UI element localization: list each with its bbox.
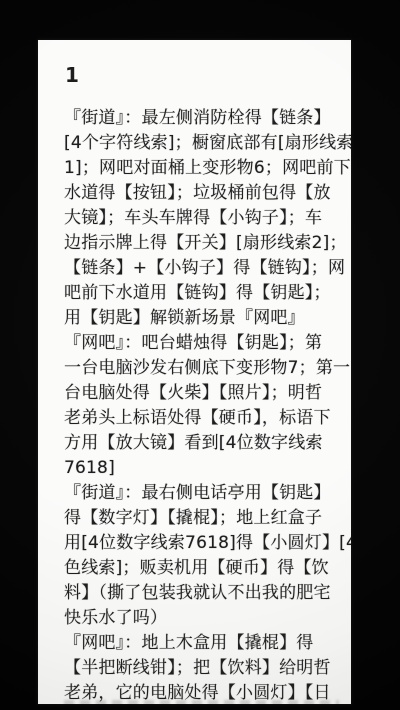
text-line: 方用【放大镜】看到[4位数字线索 (64, 431, 339, 456)
text-line: 料】（撕了包装我就认不出我的肥宅 (64, 581, 339, 606)
text-line: 水道得【按钮】；垃圾桶前包得【放 (64, 181, 339, 206)
text-line: 用[4位数字线索7618]得【小圆灯】[4 (64, 531, 339, 556)
text-line: [4个字符线索]；橱窗底部有[扇形线索 (64, 131, 339, 156)
text-line: 『街道』：最左侧消防栓得【链条】 (64, 106, 339, 131)
text-line: 台电脑处得【火柴】【照片】；明哲 (64, 381, 339, 406)
text-line: 【链条】+【小钩子】得【链钩】；网 (64, 256, 339, 281)
text-line: 1]；网吧对面桶上变形物6；网吧前下 (64, 156, 339, 181)
clipped-next-line (64, 700, 339, 704)
text-line: 『网吧』：吧台蜡烛得【钥匙】；第 (64, 331, 339, 356)
text-line: 老弟头上标语处得【硬币】，标语下 (64, 406, 339, 431)
text-line: 大镜】；车头车牌得【小钩子】；车 (64, 206, 339, 231)
text-line: 边指示牌上得【开关】[扇形线索2]； (64, 231, 339, 256)
text-line: 得【数字灯】【撬棍】；地上红盒子 (64, 506, 339, 531)
text-line: 『街道』：最右侧电话亭用【钥匙】 (64, 481, 339, 506)
document-page: 1 『街道』：最左侧消防栓得【链条】[4个字符线索]；橱窗底部有[扇形线索1]；… (38, 40, 351, 704)
page-number: 1 (65, 62, 339, 88)
text-line: 用【钥匙】解锁新场景『网吧』 (64, 306, 339, 331)
text-line: 快乐水了吗） (64, 606, 339, 631)
walkthrough-text: 『街道』：最左侧消防栓得【链条】[4个字符线索]；橱窗底部有[扇形线索1]；网吧… (64, 106, 339, 704)
text-line: 7618] (64, 456, 339, 481)
text-line: 一台电脑沙发右侧底下变形物7；第一 (64, 356, 339, 381)
text-line: 吧前下水道用【链钩】得【钥匙】； (64, 281, 339, 306)
text-line: 【半把断线钳】；把【饮料】给明哲 (64, 656, 339, 681)
photo-background: 1 『街道』：最左侧消防栓得【链条】[4个字符线索]；橱窗底部有[扇形线索1]；… (0, 0, 400, 710)
page-content: 1 『街道』：最左侧消防栓得【链条】[4个字符线索]；橱窗底部有[扇形线索1]；… (64, 62, 339, 704)
text-line: 色线索]；贩卖机用【硬币】得【饮 (64, 556, 339, 581)
text-line: 『网吧』：地上木盒用【撬棍】得 (64, 631, 339, 656)
